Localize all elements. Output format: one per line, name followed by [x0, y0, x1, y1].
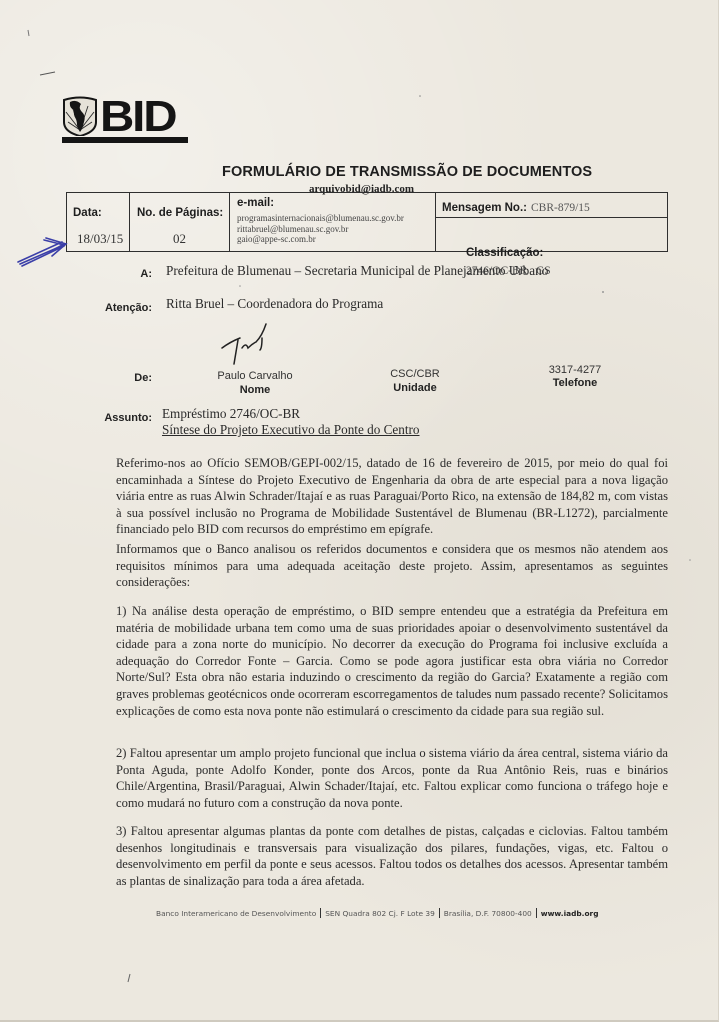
body-paragraph: Referimo-nos ao Ofício SEMOB/GEPI-002/15… [116, 455, 668, 538]
classification: Classificação: 2746/OC-BR GS [442, 225, 551, 297]
divider [439, 908, 440, 918]
scanned-page: BID FORMULÁRIO DE TRANSMISSÃO DE DOCUMEN… [0, 0, 719, 1022]
message-number: Mensagem No.: CBR-879/15 [442, 198, 590, 216]
to-value: Prefeitura de Blumenau – Secretaria Muni… [166, 263, 548, 279]
sender-name: Paulo Carvalho [200, 370, 310, 382]
classification-label: Classificação: [466, 247, 543, 259]
divider [129, 193, 130, 251]
body-paragraph: 1) Na análise desta operação de emprésti… [116, 603, 668, 719]
email-label: e-mail: [237, 197, 274, 209]
sender-phone: 3317-4277 [530, 364, 620, 376]
subject-line1: Empréstimo 2746/OC-BR [162, 406, 300, 422]
email-item: gaio@appe-sc.com.br [237, 234, 404, 245]
form-title: FORMULÁRIO DE TRANSMISSÃO DE DOCUMENTOS [222, 164, 592, 180]
body-paragraph: Informamos que o Banco analisou os refer… [116, 541, 668, 591]
sender-phone-caption: Telefone [530, 377, 620, 389]
subject-label: Assunto: [90, 412, 152, 424]
footer-city: Brasília, D.F. 70800-400 [444, 909, 532, 918]
from-label: De: [100, 372, 152, 384]
subject-line2: Síntese do Projeto Executivo da Ponte do… [162, 422, 420, 438]
pages-label: No. de Páginas: [137, 207, 223, 219]
pages-value: 02 [173, 231, 186, 247]
sender-unit-caption: Unidade [370, 382, 460, 394]
email-item: programasinternacionais@blumenau.sc.gov.… [237, 213, 404, 224]
divider [536, 908, 537, 918]
message-label: Mensagem No.: [442, 202, 527, 214]
handwritten-arrow-icon [16, 232, 70, 272]
sender-unit: CSC/CBR [370, 368, 460, 380]
signature-mark [218, 318, 288, 368]
attention-value: Ritta Bruel – Coordenadora do Programa [166, 296, 383, 312]
message-value: CBR-879/15 [531, 202, 590, 214]
email-item: rittabruel@blumenau.sc.gov.br [237, 224, 404, 235]
logo-underline [62, 137, 188, 143]
bid-logo: BID [62, 96, 170, 136]
date-value: 18/03/15 [77, 231, 123, 247]
globe-emblem-icon [62, 96, 98, 136]
sender-name-caption: Nome [200, 384, 310, 396]
body-paragraph: 3) Faltou apresentar algumas plantas da … [116, 823, 668, 889]
body-paragraph: 2) Faltou apresentar um amplo projeto fu… [116, 745, 668, 811]
email-list: programasinternacionais@blumenau.sc.gov.… [237, 213, 404, 245]
attention-label: Atenção: [90, 302, 152, 314]
header-table: Data: 18/03/15 No. de Páginas: 02 e-mail… [66, 192, 668, 252]
to-label: A: [100, 268, 152, 280]
divider [320, 908, 321, 918]
footer-org: Banco Interamericano de Desenvolvimento [156, 909, 316, 918]
divider [229, 193, 230, 251]
divider [435, 217, 667, 218]
logo-text: BID [100, 98, 175, 136]
divider [435, 193, 436, 251]
footer-address: SEN Quadra 802 Cj. F Lote 39 [325, 909, 435, 918]
date-label: Data: [73, 207, 102, 219]
letterhead-footer: Banco Interamericano de DesenvolvimentoS… [156, 908, 599, 918]
footer-url[interactable]: www.iadb.org [541, 909, 599, 918]
